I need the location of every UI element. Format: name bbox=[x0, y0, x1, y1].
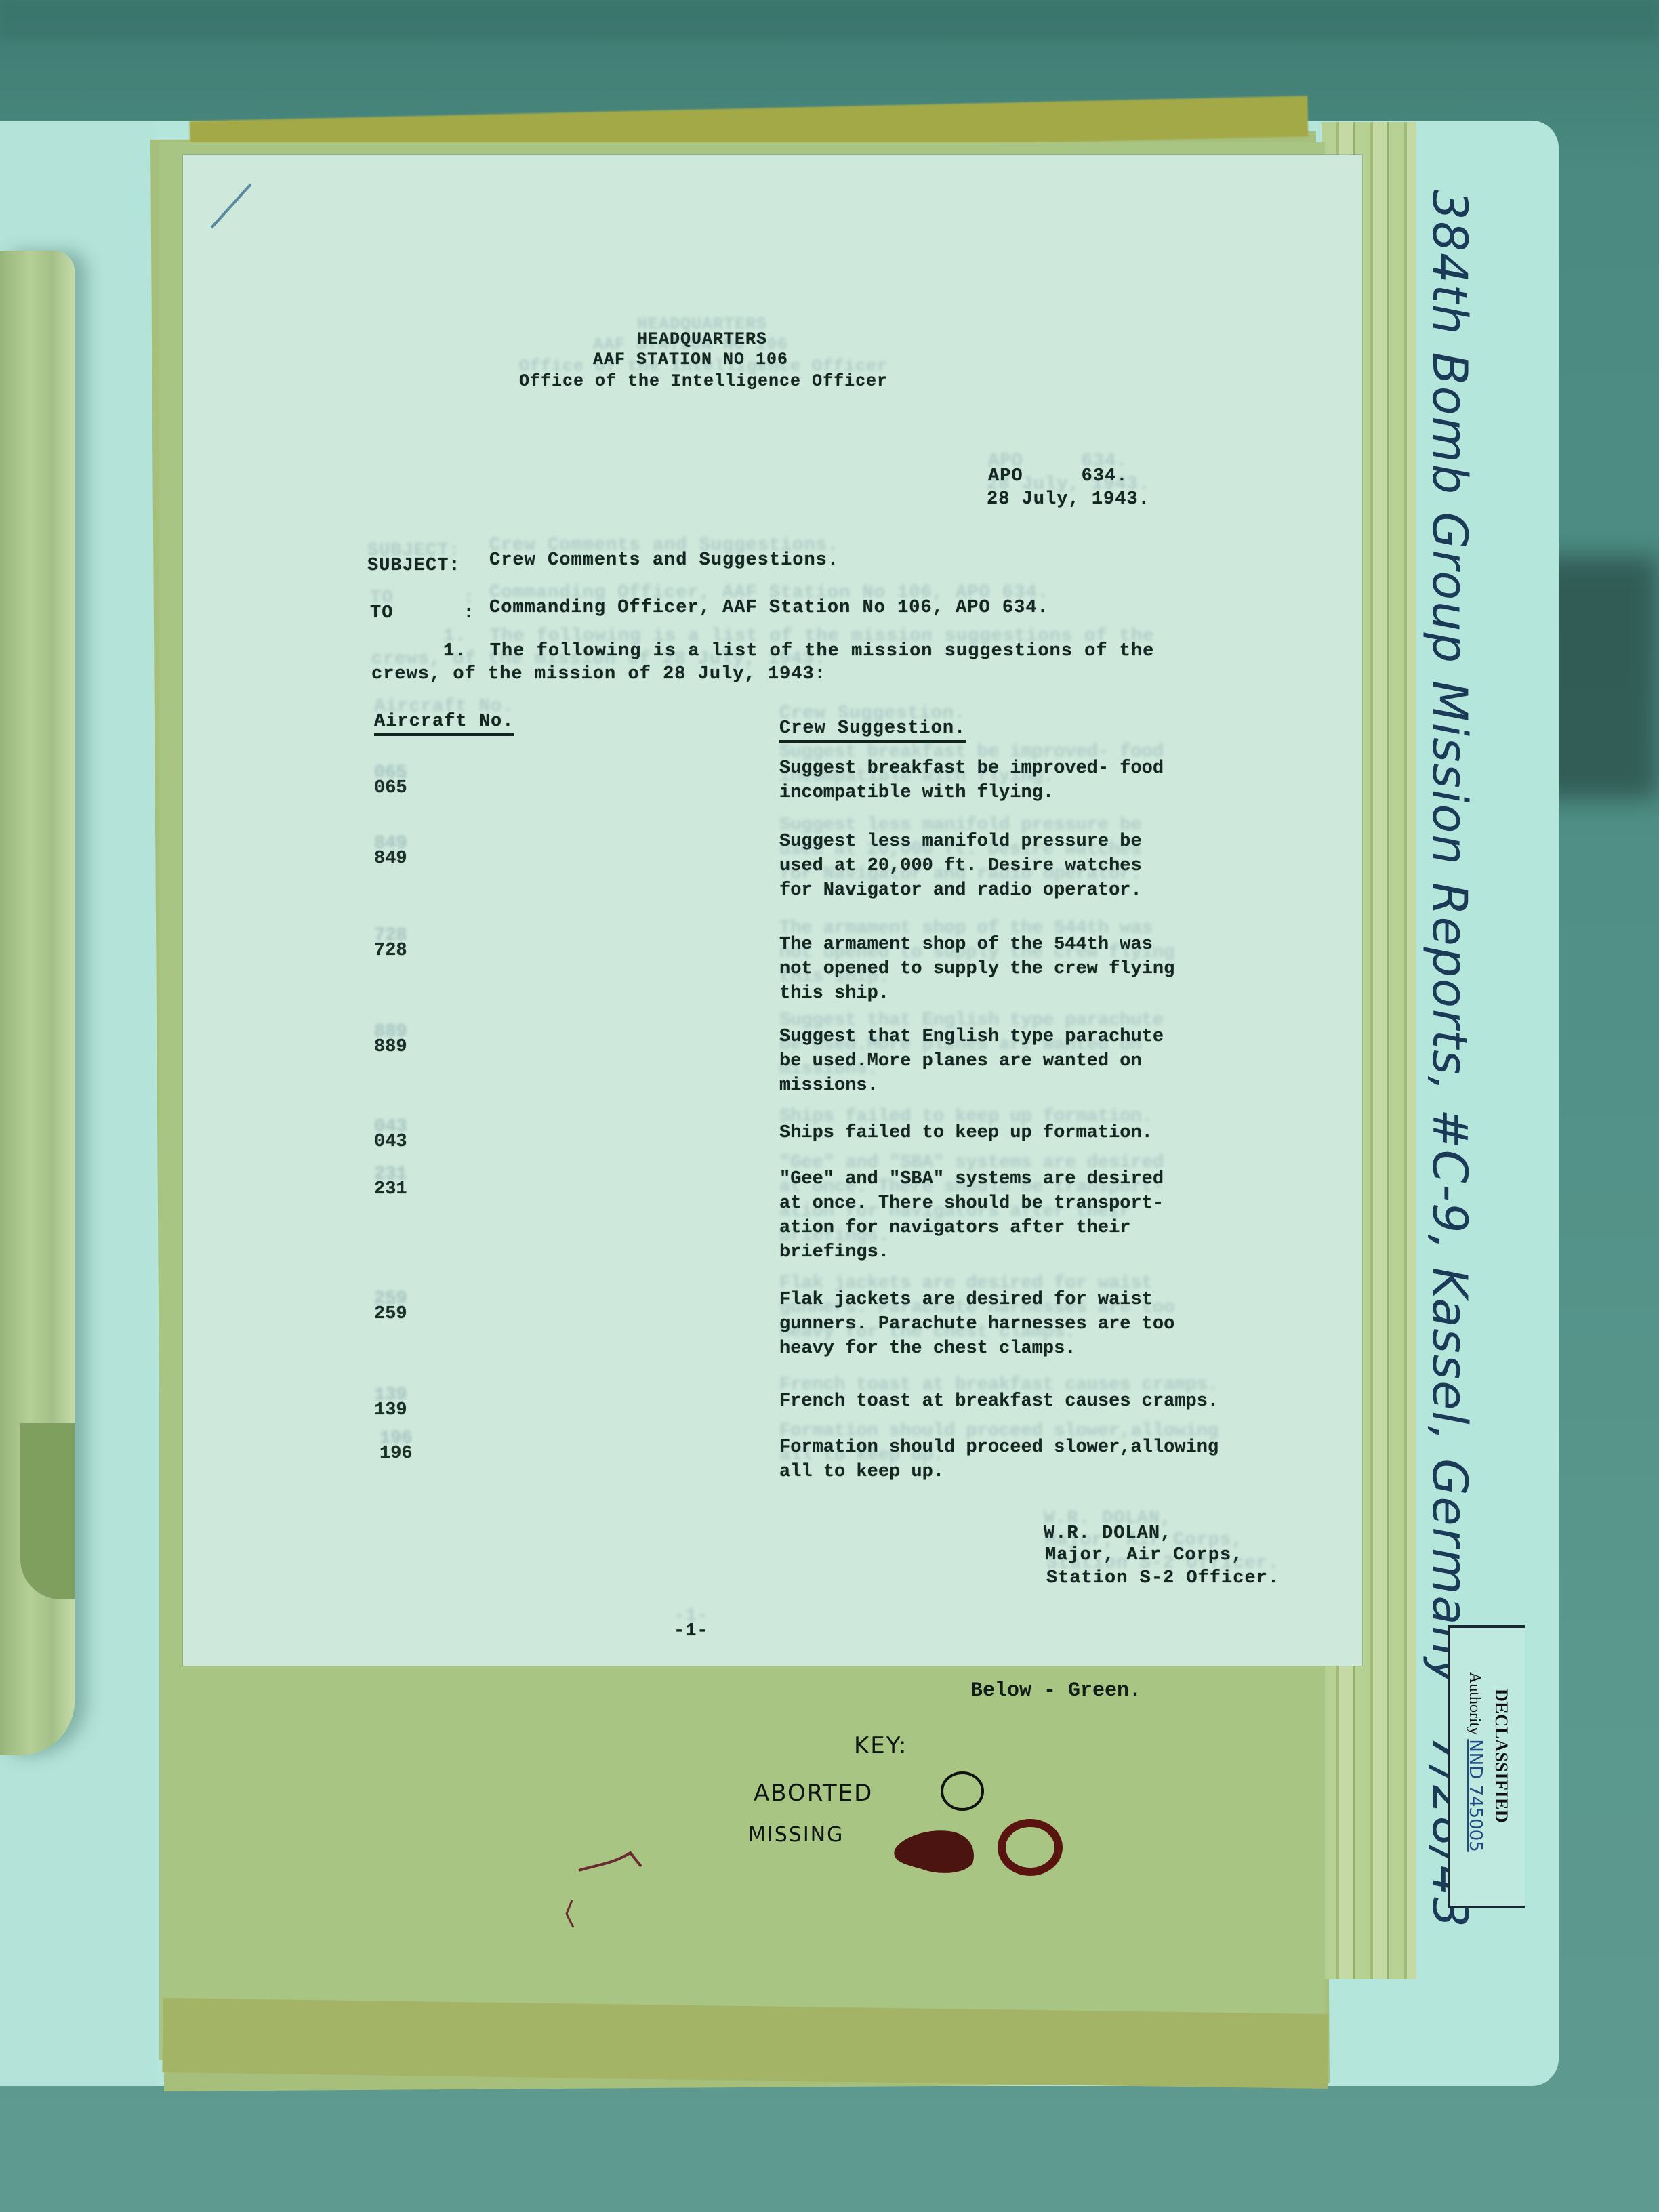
stamp-authority: Authority NND 745005 bbox=[1465, 1672, 1486, 1852]
declassified-stamp: DECLASSIFIED Authority NND 745005 bbox=[1448, 1625, 1525, 1908]
stamp-authority-number: NND 745005 bbox=[1465, 1739, 1486, 1851]
date-line: 28 July, 1943. bbox=[987, 489, 1150, 510]
aircraft-number: 231 bbox=[374, 1179, 407, 1200]
crew-suggestion: Suggest breakfast be improved- food inco… bbox=[779, 756, 1403, 805]
missing-filled-circle-icon bbox=[888, 1816, 983, 1877]
column-header-aircraft: Aircraft No. bbox=[374, 712, 514, 736]
aircraft-number: 889 bbox=[374, 1037, 407, 1057]
subject-value: Crew Comments and Suggestions. bbox=[489, 550, 839, 571]
to-label: TO : bbox=[370, 603, 475, 623]
crew-suggestion: The armament shop of the 544th was not o… bbox=[779, 933, 1403, 1006]
column-header-suggestion: Crew Suggestion. bbox=[779, 718, 966, 743]
crew-suggestion: "Gee" and "SBA" systems are desired at o… bbox=[779, 1167, 1403, 1265]
header-line-1: HEADQUARTERS bbox=[637, 329, 767, 349]
crew-suggestion: French toast at breakfast causes cramps. bbox=[779, 1389, 1403, 1414]
header-line-2: AAF STATION NO 106 bbox=[593, 350, 788, 369]
signature-title: Station S-2 Officer. bbox=[1046, 1568, 1279, 1589]
crew-suggestion: Flak jackets are desired for waist gunne… bbox=[779, 1288, 1403, 1361]
aircraft-number: 728 bbox=[374, 941, 407, 961]
pen-mark bbox=[203, 180, 258, 234]
paragraph-line-1: 1. The following is a list of the missio… bbox=[443, 641, 1154, 661]
aircraft-number: 043 bbox=[374, 1132, 407, 1152]
subject-label: SUBJECT: bbox=[367, 556, 461, 576]
page-number: -1- bbox=[674, 1621, 709, 1641]
paragraph-line-2: crews, of the mission of 28 July, 1943: bbox=[371, 664, 826, 684]
aircraft-number: 849 bbox=[374, 848, 407, 869]
crew-suggestion: Formation should proceed slower,allowing… bbox=[779, 1435, 1403, 1484]
background-streak bbox=[0, 0, 1659, 41]
crew-suggestion: Suggest less manifold pressure be used a… bbox=[779, 829, 1403, 903]
key-label-aborted: ABORTED bbox=[754, 1780, 873, 1807]
missing-open-circle-icon bbox=[991, 1814, 1072, 1881]
aircraft-number: 139 bbox=[374, 1400, 407, 1420]
aborted-circle-icon bbox=[935, 1767, 989, 1815]
stamp-authority-label: Authority bbox=[1466, 1672, 1483, 1735]
aircraft-number: 065 bbox=[374, 778, 407, 798]
left-stack-tab bbox=[20, 1423, 75, 1599]
signature-rank: Major, Air Corps, bbox=[1045, 1545, 1243, 1565]
key-label-missing: MISSING bbox=[748, 1823, 844, 1847]
aircraft-number: 259 bbox=[374, 1304, 407, 1324]
red-pencil-tick bbox=[562, 1898, 583, 1931]
crew-suggestion: Suggest that English type parachute be u… bbox=[779, 1025, 1403, 1098]
signature-name: W.R. DOLAN, bbox=[1044, 1523, 1172, 1544]
header-line-3: Office of the Intelligence Officer bbox=[519, 371, 888, 391]
key-label: KEY: bbox=[854, 1732, 908, 1759]
aircraft-number: 196 bbox=[380, 1443, 413, 1464]
typed-note: Below - Green. bbox=[970, 1679, 1141, 1702]
red-pencil-mark bbox=[576, 1843, 651, 1877]
typed-report-page: HEADQUARTERS AAF STATION NO 106 Office o… bbox=[183, 155, 1362, 1666]
crew-suggestion: Ships failed to keep up formation. bbox=[779, 1121, 1403, 1145]
stamp-title: DECLASSIFIED bbox=[1491, 1689, 1511, 1823]
to-value: Commanding Officer, AAF Station No 106, … bbox=[489, 598, 1049, 618]
apo-line: APO 634. bbox=[988, 466, 1128, 487]
